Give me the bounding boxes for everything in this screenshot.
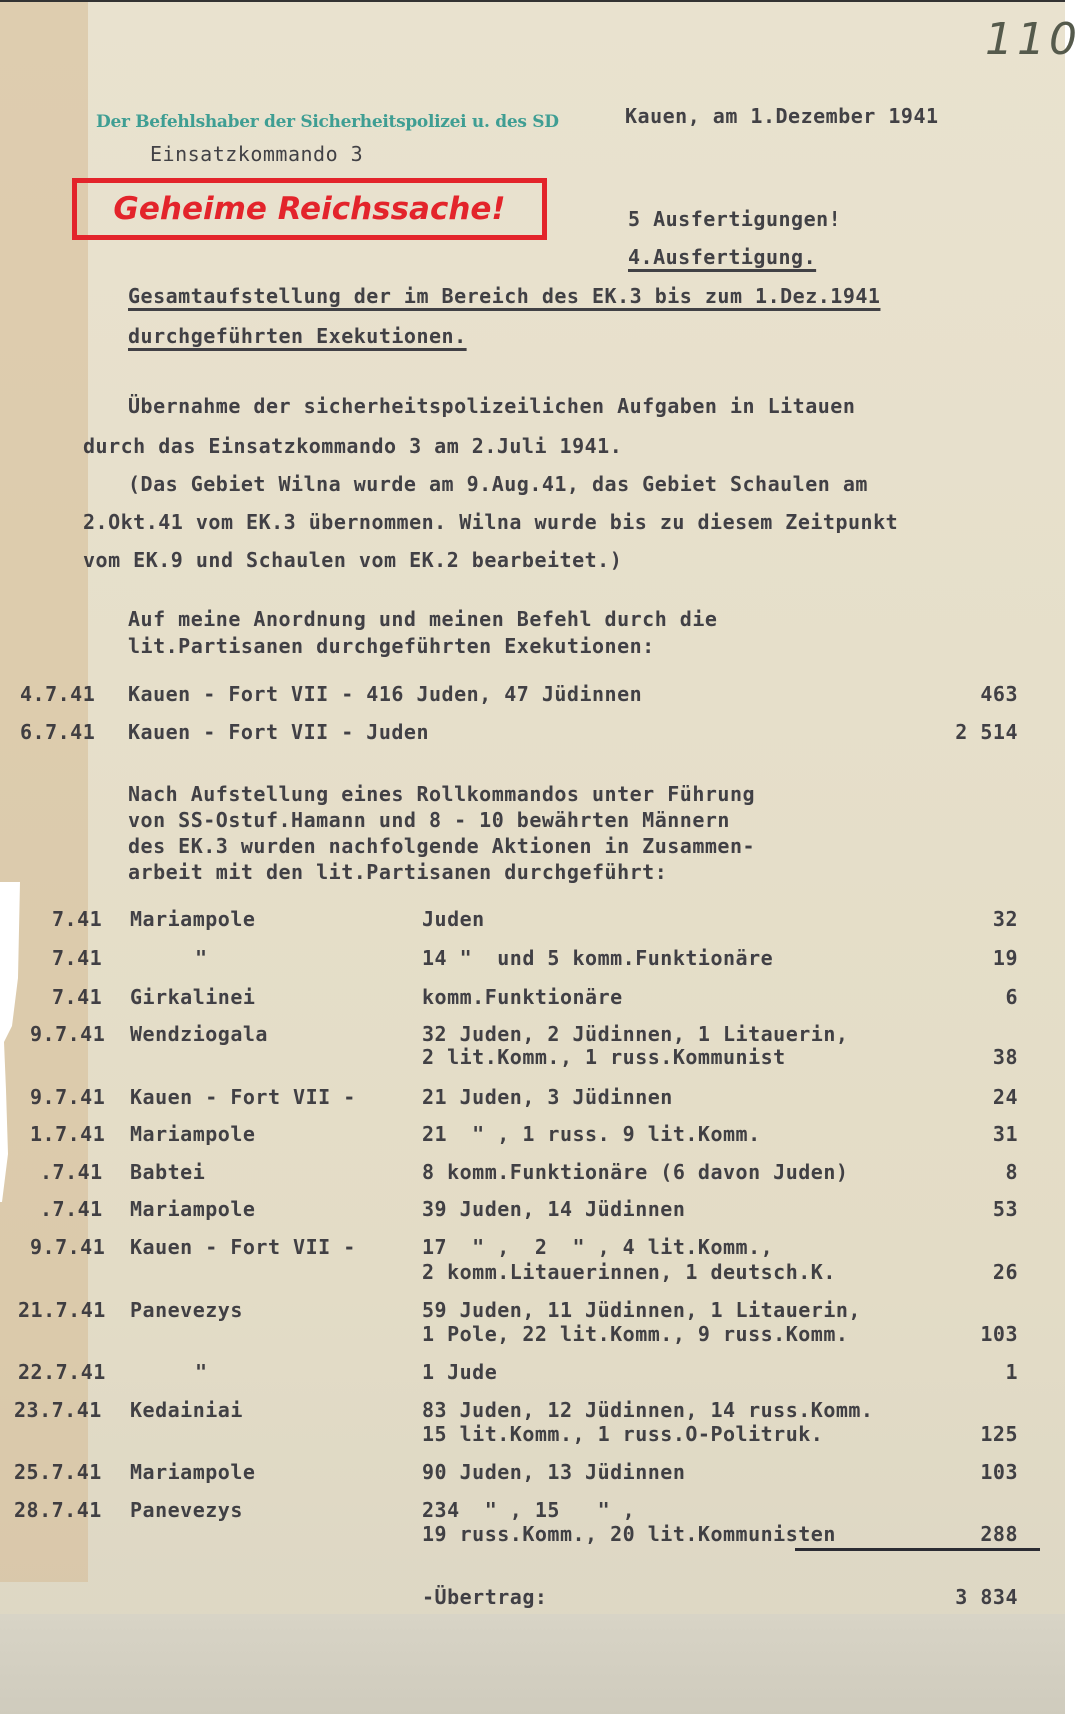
sum-rule	[795, 1548, 1040, 1551]
row-place: Babtei	[130, 1160, 205, 1184]
para3-line: arbeit mit den lit.Partisanen durchgefüh…	[128, 860, 667, 884]
bottom-tape-band	[0, 1614, 1065, 1714]
row-place: Panevezys	[130, 1498, 243, 1522]
row-place: Panevezys	[130, 1298, 243, 1322]
unit-name: Einsatzkommando 3	[150, 142, 363, 166]
entry-text: Kauen - Fort VII - 416 Juden, 47 Jüdinne…	[128, 682, 642, 706]
para2-line: lit.Partisanen durchgeführten Exekutione…	[128, 634, 655, 658]
row-place: "	[195, 1360, 208, 1384]
archive-page-number: 110	[985, 14, 1080, 65]
para3-line: des EK.3 wurden nachfolgende Aktionen in…	[128, 834, 755, 858]
row-total: 8	[908, 1160, 1018, 1184]
row-desc: 2 komm.Litauerinnen, 1 deutsch.K.	[422, 1260, 836, 1284]
para3-line: von SS-Ostuf.Hamann und 8 - 10 bewährten…	[128, 808, 730, 832]
row-date: 7.41	[52, 946, 102, 970]
carry-label: -Übertrag:	[422, 1585, 547, 1609]
copy-number: 4.Ausfertigung.	[628, 245, 816, 269]
row-total: 53	[908, 1197, 1018, 1221]
row-date: 21.7.41	[18, 1298, 106, 1322]
row-total: 26	[908, 1260, 1018, 1284]
row-date: 1.7.41	[30, 1122, 105, 1146]
row-desc: Juden	[422, 907, 485, 931]
entry-text: Kauen - Fort VII - Juden	[128, 720, 429, 744]
row-desc: 21 " , 1 russ. 9 lit.Komm.	[422, 1122, 761, 1146]
para1-line: 2.Okt.41 vom EK.3 übernommen. Wilna wurd…	[83, 510, 898, 534]
row-date: 23.7.41	[14, 1398, 102, 1422]
entry-total: 2 514	[908, 720, 1018, 744]
place-date: Kauen, am 1.Dezember 1941	[625, 104, 939, 128]
row-desc: 2 lit.Komm., 1 russ.Kommunist	[422, 1045, 786, 1069]
row-date: 25.7.41	[14, 1460, 102, 1484]
row-date: 22.7.41	[18, 1360, 106, 1384]
row-date: 7.41	[52, 907, 102, 931]
row-place: Wendziogala	[130, 1022, 268, 1046]
row-desc: 234 " , 15 " ,	[422, 1498, 635, 1522]
row-desc: komm.Funktionäre	[422, 985, 623, 1009]
row-total: 125	[908, 1422, 1018, 1446]
row-total: 1	[908, 1360, 1018, 1384]
para1-line: (Das Gebiet Wilna wurde am 9.Aug.41, das…	[128, 472, 868, 496]
entry-date: 4.7.41	[20, 682, 95, 706]
row-date: .7.41	[40, 1197, 103, 1221]
row-desc: 1 Jude	[422, 1360, 497, 1384]
copies-count: 5 Ausfertigungen!	[628, 207, 841, 231]
row-place: "	[195, 946, 208, 970]
row-desc: 39 Juden, 14 Jüdinnen	[422, 1197, 685, 1221]
carry-total: 3 834	[908, 1585, 1018, 1609]
row-place: Mariampole	[130, 1197, 255, 1221]
row-total: 24	[908, 1085, 1018, 1109]
row-place: Kauen - Fort VII -	[130, 1085, 356, 1109]
row-desc: 1 Pole, 22 lit.Komm., 9 russ.Komm.	[422, 1322, 848, 1346]
title-line-1: Gesamtaufstellung der im Bereich des EK.…	[128, 284, 880, 308]
row-total: 19	[908, 946, 1018, 970]
title-line-2: durchgeführten Exekutionen.	[128, 324, 467, 348]
para1-line: durch das Einsatzkommando 3 am 2.Juli 19…	[83, 434, 622, 458]
row-desc: 32 Juden, 2 Jüdinnen, 1 Litauerin,	[422, 1022, 848, 1046]
row-place: Mariampole	[130, 1122, 255, 1146]
row-date: 9.7.41	[30, 1022, 105, 1046]
row-date: 7.41	[52, 985, 102, 1009]
row-total: 6	[908, 985, 1018, 1009]
row-total: 103	[908, 1460, 1018, 1484]
row-desc: 21 Juden, 3 Jüdinnen	[422, 1085, 673, 1109]
document-page: 110 Der Befehlshaber der Sicherheitspoli…	[0, 0, 1065, 1714]
para2-line: Auf meine Anordnung und meinen Befehl du…	[128, 607, 717, 631]
row-desc: 83 Juden, 12 Jüdinnen, 14 russ.Komm.	[422, 1398, 873, 1422]
row-desc: 59 Juden, 11 Jüdinnen, 1 Litauerin,	[422, 1298, 861, 1322]
para1-line: Übernahme der sicherheitspolizeilichen A…	[128, 394, 855, 418]
row-desc: 19 russ.Komm., 20 lit.Kommunisten	[422, 1522, 836, 1546]
row-desc: 90 Juden, 13 Jüdinnen	[422, 1460, 685, 1484]
row-desc: 14 " und 5 komm.Funktionäre	[422, 946, 773, 970]
row-date: 9.7.41	[30, 1085, 105, 1109]
row-total: 32	[908, 907, 1018, 931]
row-place: Kedainiai	[130, 1398, 243, 1422]
row-date: .7.41	[40, 1160, 103, 1184]
row-total: 288	[908, 1522, 1018, 1546]
row-date: 28.7.41	[14, 1498, 102, 1522]
row-desc: 15 lit.Komm., 1 russ.O-Politruk.	[422, 1422, 823, 1446]
entry-total: 463	[908, 682, 1018, 706]
row-desc: 8 komm.Funktionäre (6 davon Juden)	[422, 1160, 848, 1184]
row-place: Girkalinei	[130, 985, 255, 1009]
row-desc: 17 " , 2 " , 4 lit.Komm.,	[422, 1235, 773, 1259]
entry-date: 6.7.41	[20, 720, 95, 744]
row-total: 38	[908, 1045, 1018, 1069]
secret-stamp: Geheime Reichssache!	[72, 178, 547, 240]
row-place: Mariampole	[130, 907, 255, 931]
row-total: 103	[908, 1322, 1018, 1346]
para3-line: Nach Aufstellung eines Rollkommandos unt…	[128, 782, 755, 806]
stamp-text: Geheime Reichssache!	[113, 191, 505, 227]
row-place: Mariampole	[130, 1460, 255, 1484]
row-total: 31	[908, 1122, 1018, 1146]
letterhead: Der Befehlshaber der Sicherheitspolizei …	[96, 112, 559, 132]
para1-line: vom EK.9 und Schaulen vom EK.2 bearbeite…	[83, 548, 622, 572]
row-place: Kauen - Fort VII -	[130, 1235, 356, 1259]
row-date: 9.7.41	[30, 1235, 105, 1259]
